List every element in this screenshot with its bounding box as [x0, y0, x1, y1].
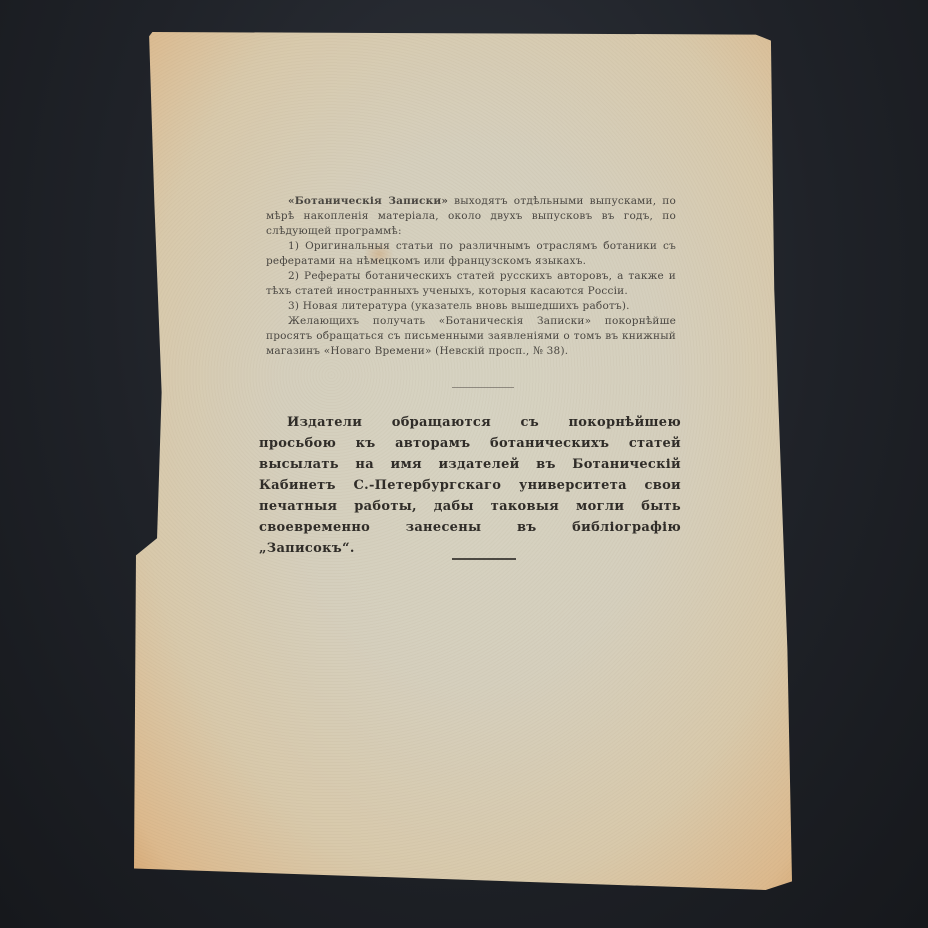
- divider-rule: [452, 387, 514, 388]
- program-item-1: 1) Оригинальныя статьи по различнымъ отр…: [266, 239, 676, 269]
- appeal-block: Издатели обращаются съ покорнѣйшею прось…: [259, 412, 681, 559]
- divider-rule: [452, 558, 516, 560]
- appeal-text: Издатели обращаются съ покорнѣйшею прось…: [259, 412, 681, 559]
- program-item-3: 3) Новая литература (указатель вновь выш…: [266, 299, 676, 314]
- subscription-note: Желающихъ получать «Ботаническія Записки…: [266, 314, 676, 359]
- document-page: «Ботаническія Записки» выходятъ отдѣльны…: [134, 32, 792, 890]
- journal-title: «Ботаническія Записки»: [288, 195, 448, 207]
- notice-intro: «Ботаническія Записки» выходятъ отдѣльны…: [266, 194, 676, 239]
- program-item-2: 2) Рефераты ботаническихъ статей русских…: [266, 269, 676, 299]
- notice-block: «Ботаническія Записки» выходятъ отдѣльны…: [266, 194, 676, 359]
